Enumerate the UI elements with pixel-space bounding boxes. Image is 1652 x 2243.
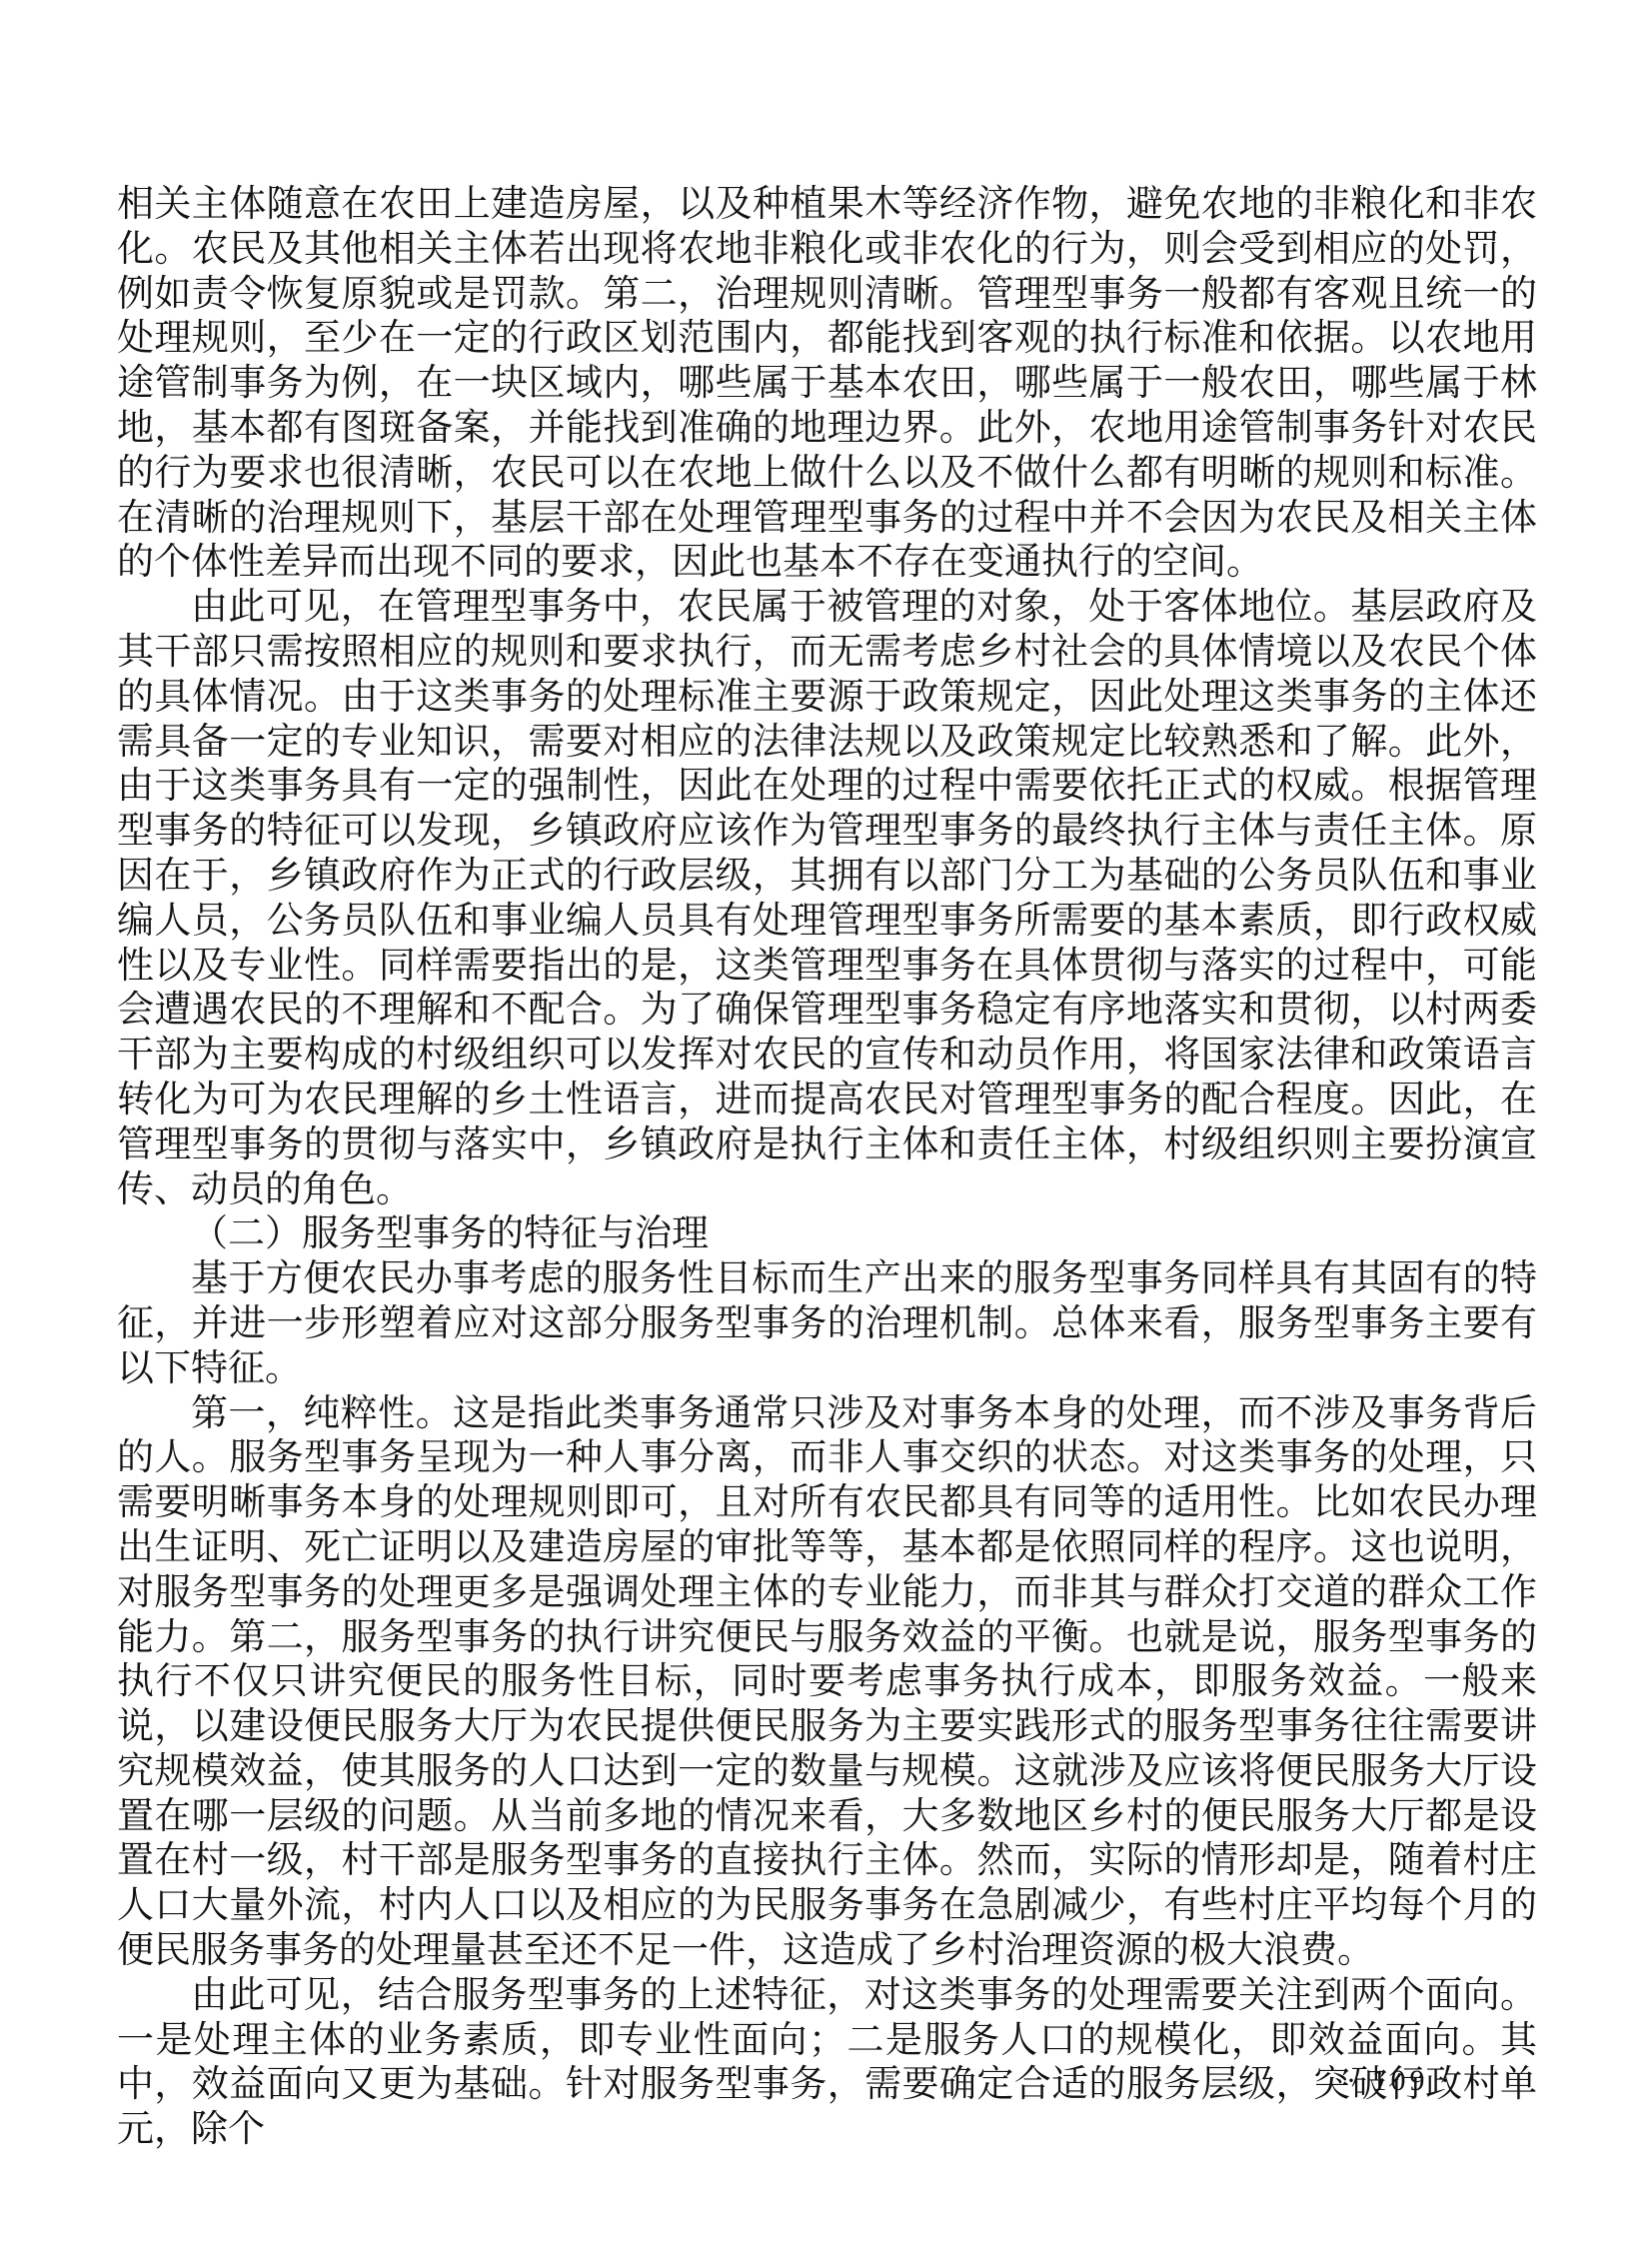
body-paragraph-continuation: 相关主体随意在农田上建造房屋，以及种植果木等经济作物，避免农地的非粮化和非农化。… <box>117 183 1537 586</box>
body-paragraph: 由此可见，结合服务型事务的上述特征，对这类事务的处理需要关注到两个面向。一是处理… <box>117 1974 1537 2153</box>
body-paragraph: 基于方便农民办事考虑的服务性目标而生产出来的服务型事务同样具有其固有的特征，并进… <box>117 1257 1537 1391</box>
page-body-text: 相关主体随意在农田上建造房屋，以及种植果木等经济作物，避免农地的非粮化和非农化。… <box>117 183 1537 2153</box>
document-page: 相关主体随意在农田上建造房屋，以及种植果木等经济作物，避免农地的非粮化和非农化。… <box>0 0 1652 2243</box>
page-number: · 109 · <box>1346 2063 1454 2099</box>
subsection-heading: （二）服务型事务的特征与治理 <box>117 1212 1537 1257</box>
body-paragraph: 由此可见，在管理型事务中，农民属于被管理的对象，处于客体地位。基层政府及其干部只… <box>117 586 1537 1212</box>
body-paragraph: 第一，纯粹性。这是指此类事务通常只涉及对事务本身的处理，而不涉及事务背后的人。服… <box>117 1392 1537 1974</box>
